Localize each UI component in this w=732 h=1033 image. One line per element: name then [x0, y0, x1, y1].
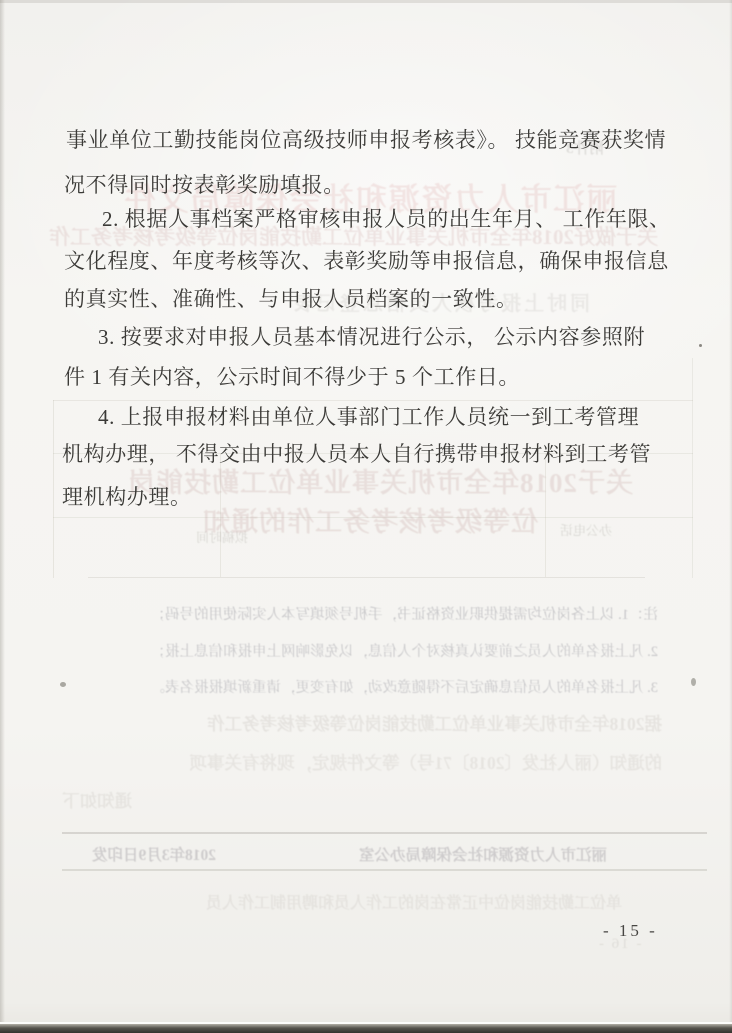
ghost-bottom-text-line: 单位工勤技能岗位中正常在岗的工作人员和聘用制工作人员 — [62, 890, 622, 913]
body-line-1: 事业单位工勤技能岗位高级技师申报考核表》。 技能竞赛获奖情 — [66, 124, 666, 154]
scan-edge-left — [0, 0, 5, 1033]
ghost-footer-date: 2018年3月9日印发 — [92, 843, 216, 865]
ghost-footer-rule-top — [62, 832, 707, 834]
ghost-note-line-3: 3. 凡上报名单的人员信息确定后不得随意改动，如有变更，请重新填报报名表。 — [66, 676, 658, 697]
body-line-8: 4. 上报申报材料由单位人事部门工作人员统一到工考管理 — [98, 401, 639, 431]
ghost-paragraph-line-2: 的通知（丽人社发〔2018〕71号）等文件规定，现将有关事项 — [62, 750, 662, 775]
ghost-paragraph-line-1: 据2018年全市机关事业单位工勤技能岗位等级考核考务工作 — [62, 711, 662, 736]
body-line-2: 况不得同时按表彰奖励填报。 — [64, 169, 345, 199]
ghost-note-line-1: 注：1. 以上各岗位均需提供职业资格证书，手机号须填写本人实际使用的号码； — [66, 603, 658, 624]
scanned-document-page: 附件3 丽江市人力资源和社会保障局文件 关于做好2018年全市机关事业单位工勤技… — [0, 0, 732, 1033]
ghost-table-line — [692, 358, 693, 578]
ghost-footer-office: 丽江市人力资源和社会保障局办公室 — [359, 843, 607, 865]
ghost-table-line — [545, 453, 546, 577]
ink-speck — [60, 682, 66, 687]
ghost-paragraph-line-3: 通知如下 — [62, 788, 662, 813]
ink-speck — [699, 344, 702, 347]
body-line-9: 机构办理， 不得交由中报人员本人自行携带申报材料到工考管 — [62, 438, 651, 468]
ink-speck — [691, 678, 696, 686]
ghost-footer-row: 丽江市人力资源和社会保障局办公室 2018年3月9日印发 — [62, 843, 702, 865]
body-line-7: 件 1 有关内容，公示时间不得少于 5 个工作日。 — [64, 361, 520, 391]
body-line-10: 理机构办理。 — [62, 481, 192, 511]
body-line-6: 3. 按要求对申报人员基本情况进行公示， 公示内容参照附 — [98, 321, 645, 351]
ghost-field-label-right: 办公电话 — [560, 520, 612, 539]
body-line-5: 的真实性、准确性、与申报人员档案的一致性。 — [64, 283, 518, 313]
ghost-table-line — [53, 517, 693, 518]
ghost-table-line — [220, 453, 221, 577]
scan-edge-top — [0, 0, 732, 3]
scan-edge-bottom — [0, 1024, 732, 1033]
ghost-table-line — [88, 577, 645, 578]
ghost-field-label-left: 拟稿时间 — [196, 527, 248, 546]
ghost-table-line — [53, 400, 54, 578]
body-line-3: 2. 根据人事档案严格审核申报人员的出生年月、 工作年限、 — [102, 203, 671, 233]
ghost-note-line-2: 2. 凡上报名单的人员之前要认真核对个人信息，以免影响网上申报和信息上报； — [66, 640, 658, 661]
page-number: - 15 - — [603, 921, 658, 941]
body-line-4: 文化程度、年度考核等次、表彰奖励等申报信息，确保申报信息 — [64, 245, 669, 275]
ghost-footer-rule-bottom — [62, 869, 707, 871]
